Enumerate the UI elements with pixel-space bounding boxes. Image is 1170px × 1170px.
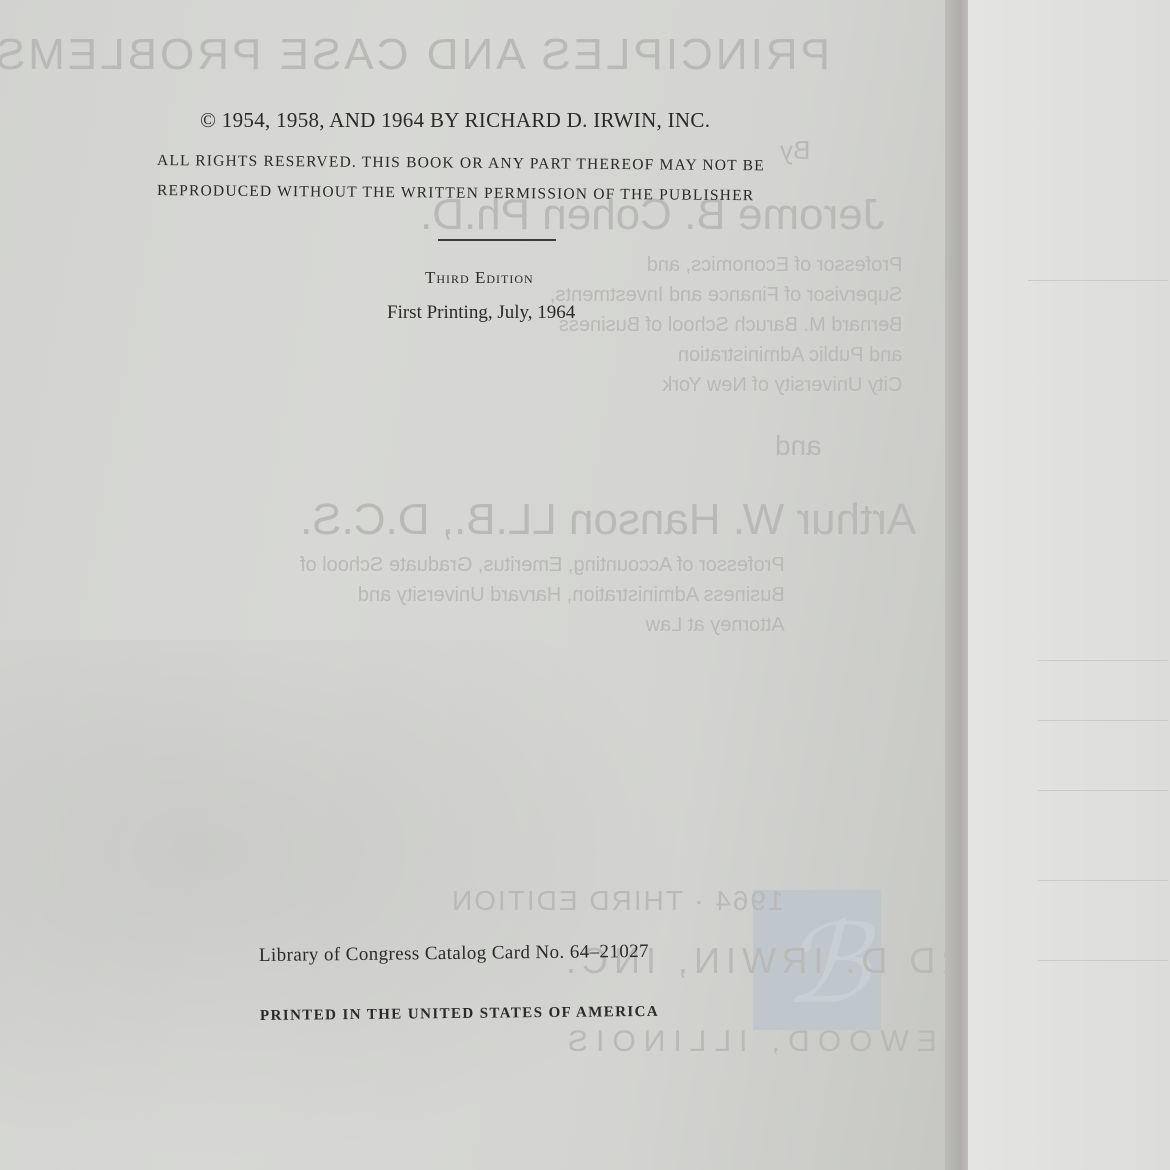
- affiliation-line: City University of New York: [550, 370, 902, 400]
- printing-date: First Printing, July, 1964: [387, 302, 575, 324]
- book-page-right: [968, 0, 1170, 1170]
- affiliation-line: Attorney at Law: [300, 610, 785, 640]
- catalog-card-number: Library of Congress Catalog Card No. 64–…: [259, 941, 649, 967]
- show-through-and: and: [775, 430, 822, 462]
- affiliation-line: Bernard M. Baruch School of Business: [550, 310, 902, 340]
- faint-text-line: [1038, 660, 1168, 661]
- faint-text-line: [1038, 960, 1168, 961]
- rights-statement-line-1: ALL RIGHTS RESERVED. THIS BOOK OR ANY PA…: [157, 152, 765, 175]
- affiliation-line: Business Administration, Harvard Univers…: [300, 580, 785, 610]
- faint-text-line: [1038, 720, 1168, 721]
- show-through-by: By: [780, 135, 810, 166]
- show-through-title: PRINCIPLES AND CASE PROBLEMS: [150, 30, 830, 80]
- show-through-author-2: Arthur W. Hanson LL.B., D.C.S.: [300, 495, 916, 545]
- affiliation-line: and Public Administration: [550, 340, 902, 370]
- affiliation-line: Supervisor of Finance and Investments,: [550, 280, 902, 310]
- divider-rule: [438, 239, 556, 241]
- page-stack-edge: [945, 0, 970, 1170]
- rights-statement-line-2: REPRODUCED WITHOUT THE WRITTEN PERMISSIO…: [157, 182, 754, 205]
- faint-text-line: [1028, 280, 1168, 281]
- affiliation-line: Professor of Economics, and: [550, 250, 902, 280]
- faint-text-line: [1038, 790, 1168, 791]
- show-through-author-1-affiliation: Professor of Economics, and Supervisor o…: [550, 250, 902, 400]
- book-page-left: PRINCIPLES AND CASE PROBLEMS By Jerome B…: [0, 0, 955, 1170]
- faint-text-line: [1038, 880, 1168, 881]
- copyright-notice: © 1954, 1958, AND 1964 BY RICHARD D. IRW…: [200, 108, 710, 133]
- affiliation-line: Professor of Accounting, Emeritus, Gradu…: [300, 550, 785, 580]
- show-through-author-2-affiliation: Professor of Accounting, Emeritus, Gradu…: [300, 550, 785, 640]
- edition-label: Third Edition: [425, 268, 534, 288]
- show-through-edition-line: 1964 · THIRD EDITION: [450, 885, 784, 917]
